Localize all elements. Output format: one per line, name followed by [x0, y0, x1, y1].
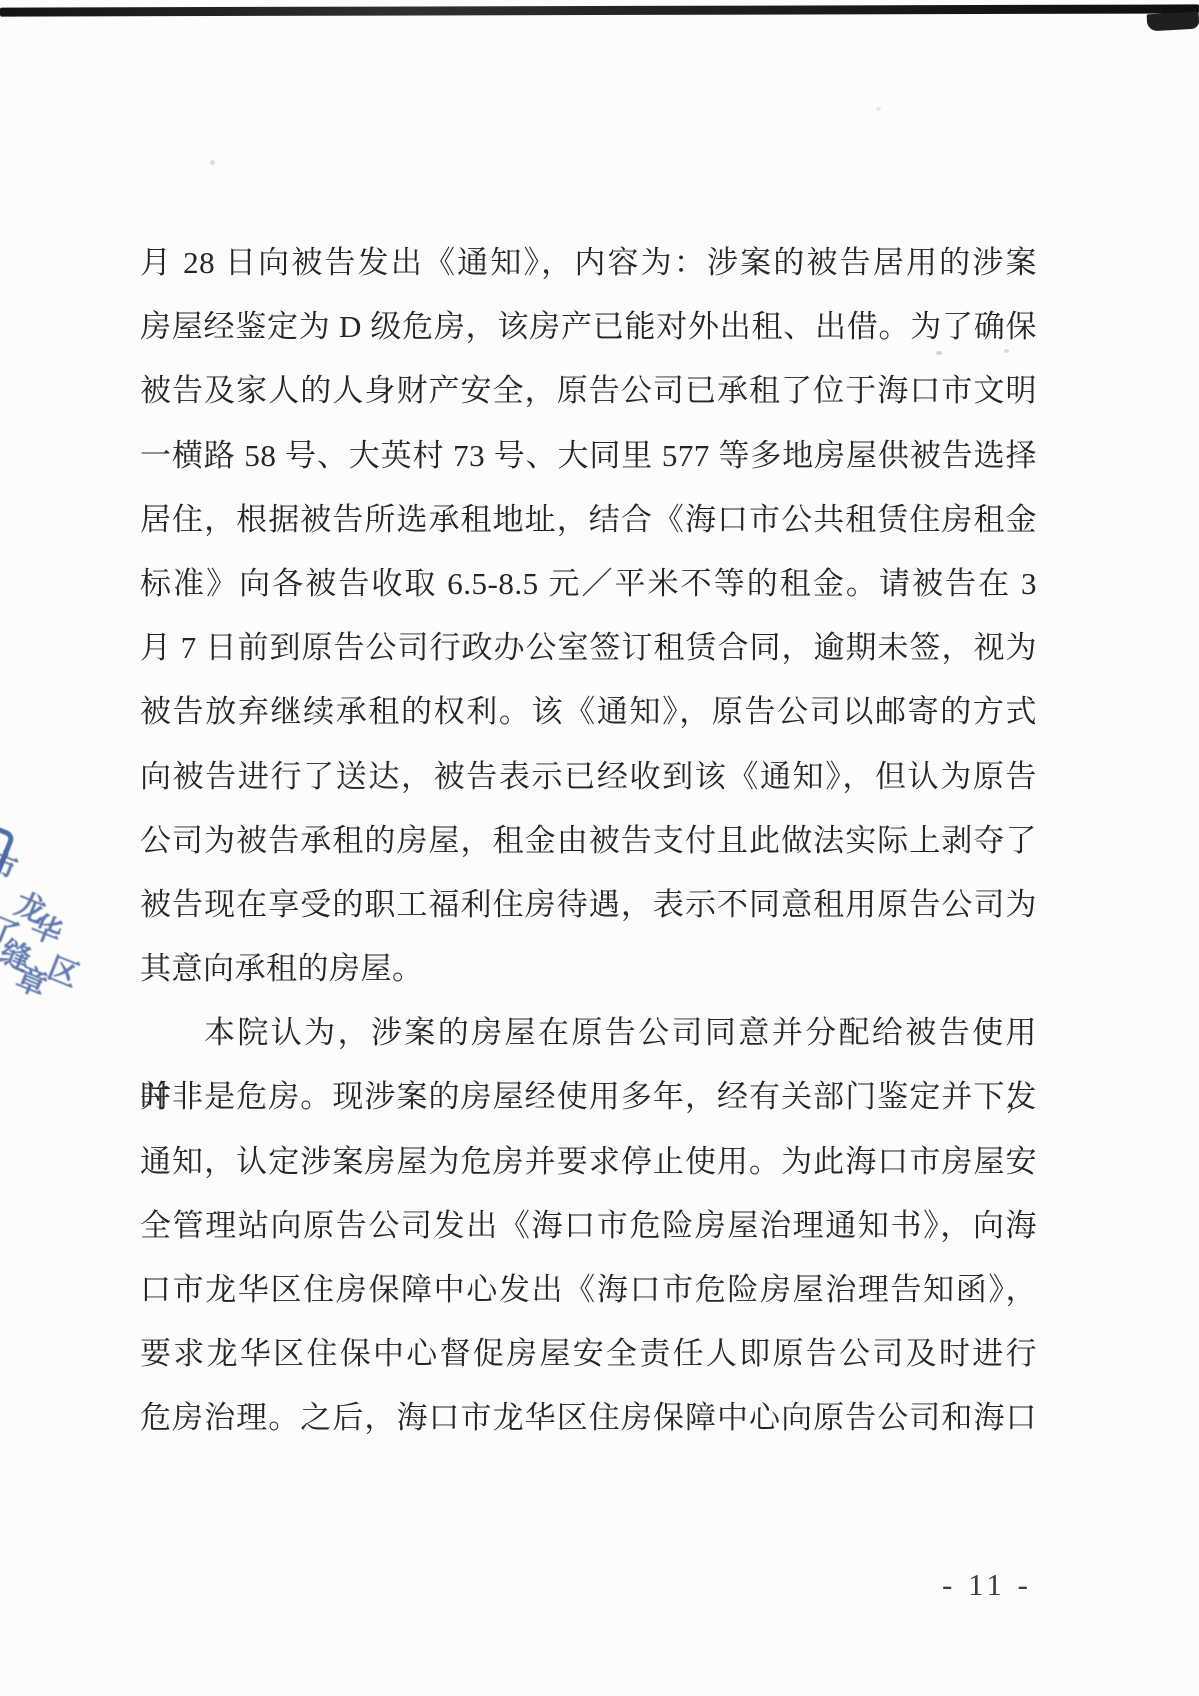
text-line-paragraph-start: 本院认为，涉案的房屋在原告公司同意并分配给被告使用时，: [140, 1001, 1037, 1065]
text-line: 公司为被告承租的房屋，租金由被告支付且此做法实际上剥夺了: [140, 809, 1037, 873]
text-line: 居住，根据被告所选承租地址，结合《海口市公共租赁住房租金: [140, 488, 1037, 552]
text-line: 房屋经鉴定为 D 级危房，该房产已能对外出租、出借。为了确保: [140, 295, 1037, 359]
text-line: 口市龙华区住房保障中心发出《海口市危险房屋治理告知函》，: [140, 1258, 1037, 1322]
text-line: 被告及家人的人身财产安全，原告公司已承租了位于海口市文明: [140, 359, 1037, 423]
seal-character: 市: [0, 847, 21, 886]
seal-character: 区: [43, 953, 82, 992]
text-line: 通知，认定涉案房屋为危房并要求停止使用。为此海口市房屋安: [140, 1130, 1037, 1194]
text-line: 月 28 日向被告发出《通知》，内容为：涉案的被告居用的涉案: [140, 231, 1037, 295]
text-line: 被告现在享受的职工福利住房待遇，表示不同意租用原告公司为: [140, 873, 1037, 937]
scanned-document-page: 市 龙 了 华 缝 章 区 月 28 日向被告发出《通知》，内容为：涉案的被告居…: [0, 0, 1199, 1696]
text-line: 危房治理。之后，海口市龙华区住房保障中心向原告公司和海口: [140, 1386, 1037, 1450]
court-paging-seal: 市 龙 了 华 缝 章 区: [0, 828, 110, 1038]
scanner-edge-blob: [1147, 12, 1199, 32]
text-line: 要求龙华区住保中心督促房屋安全责任人即原告公司及时进行: [140, 1322, 1037, 1386]
text-line: 向被告进行了送达，被告表示已经收到该《通知》，但认为原告: [140, 745, 1037, 809]
text-line: 一横路 58 号、大英村 73 号、大同里 577 等多地房屋供被告选择: [140, 424, 1037, 488]
document-body: 月 28 日向被告发出《通知》，内容为：涉案的被告居用的涉案 房屋经鉴定为 D …: [140, 231, 1037, 1451]
text-line: 其意向承租的房屋。: [140, 937, 1037, 1001]
page-number: - 11 -: [912, 1560, 1062, 1610]
text-line: 并非是危房。现涉案的房屋经使用多年，经有关部门鉴定并下发: [140, 1065, 1037, 1129]
scanner-edge-line: [0, 4, 1199, 16]
scan-speck: [210, 160, 215, 165]
text-line: 月 7 日前到原告公司行政办公室签订租赁合同，逾期未签，视为: [140, 616, 1037, 680]
scan-speck: [876, 107, 881, 111]
text-line: 标准》向各被告收取 6.5-8.5 元／平米不等的租金。请被告在 3: [140, 552, 1037, 616]
text-line: 被告放弃继续承租的权利。该《通知》，原告公司以邮寄的方式: [140, 680, 1037, 744]
text-line: 全管理站向原告公司发出《海口市危险房屋治理通知书》，向海: [140, 1194, 1037, 1258]
